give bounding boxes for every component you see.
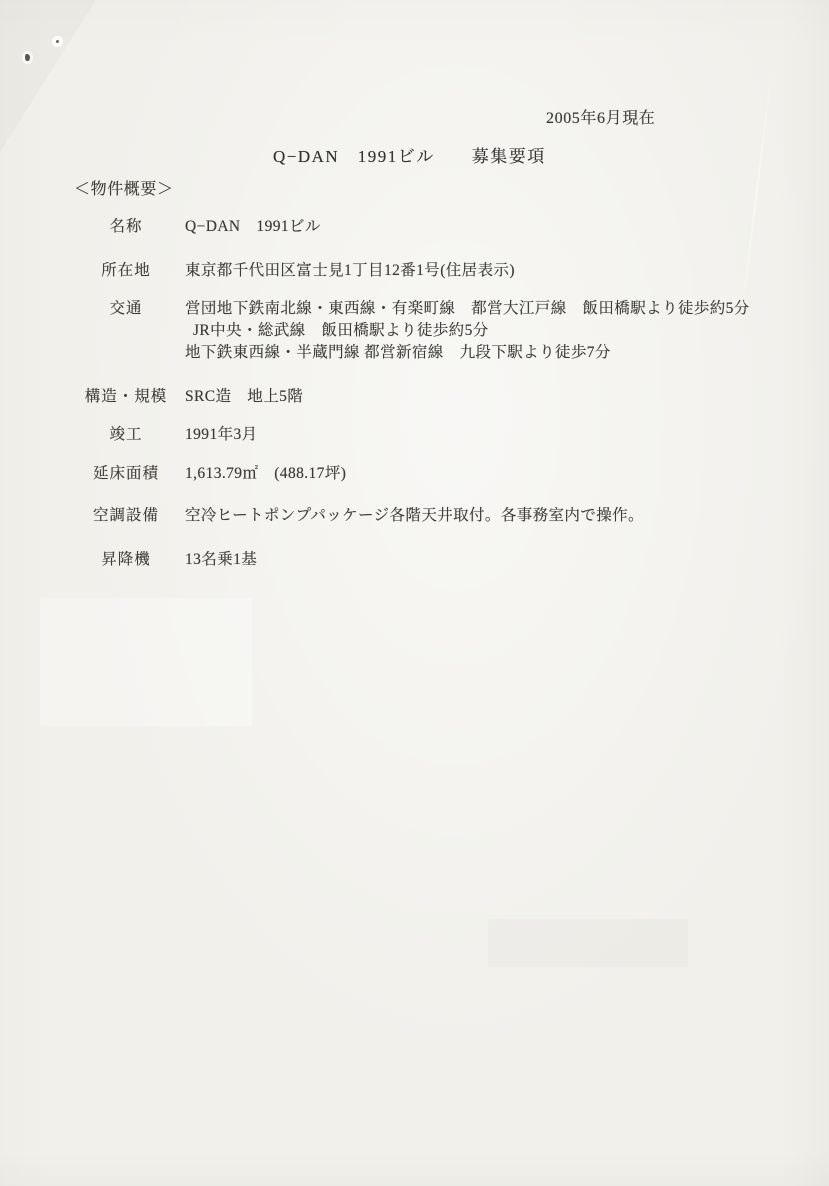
row-label: 所在地: [60, 260, 192, 282]
access-line: JR中央・総武線 飯田橋駅より徒歩約5分: [185, 320, 750, 342]
dust-speck: [56, 40, 59, 43]
scanned-document-page: 2005年6月現在 Q−DAN 1991ビル 募集要項 ＜物件概要＞ 名称 Q−…: [0, 0, 829, 1186]
scan-patch-artifact: [488, 919, 688, 967]
row-label: 昇降機: [60, 549, 192, 571]
paper-crease-artifact: [740, 61, 774, 319]
section-heading: ＜物件概要＞: [74, 179, 174, 201]
row-label: 竣工: [60, 424, 192, 446]
row-label: 交通: [60, 298, 192, 320]
row-value: 1,613.79㎡ (488.17坪): [185, 463, 346, 485]
row-value: SRC造 地上5階: [185, 386, 303, 408]
scan-patch-artifact: [40, 598, 252, 726]
as-of-date: 2005年6月現在: [546, 108, 655, 130]
fold-crease-artifact: [0, 0, 160, 170]
row-label: 延床面積: [60, 463, 192, 485]
row-value: 空冷ヒートポンプパッケージ各階天井取付。各事務室内で操作。: [185, 505, 644, 527]
row-label: 構造・規模: [60, 386, 192, 408]
access-line: 地下鉄東西線・半蔵門線 都営新宿線 九段下駅より徒歩7分: [185, 342, 750, 364]
document-title: Q−DAN 1991ビル 募集要項: [273, 146, 546, 168]
row-label: 名称: [60, 216, 192, 238]
row-value: 営団地下鉄南北線・東西線・有楽町線 都営大江戸線 飯田橋駅より徒歩約5分 JR中…: [185, 298, 750, 364]
access-line: 営団地下鉄南北線・東西線・有楽町線 都営大江戸線 飯田橋駅より徒歩約5分: [185, 298, 750, 320]
row-value: Q−DAN 1991ビル: [185, 216, 321, 238]
row-value: 東京都千代田区富士見1丁目12番1号(住居表示): [185, 260, 515, 282]
row-value: 13名乗1基: [185, 549, 257, 571]
dust-speck: [25, 54, 30, 61]
row-label: 空調設備: [60, 505, 192, 527]
row-value: 1991年3月: [185, 424, 258, 446]
